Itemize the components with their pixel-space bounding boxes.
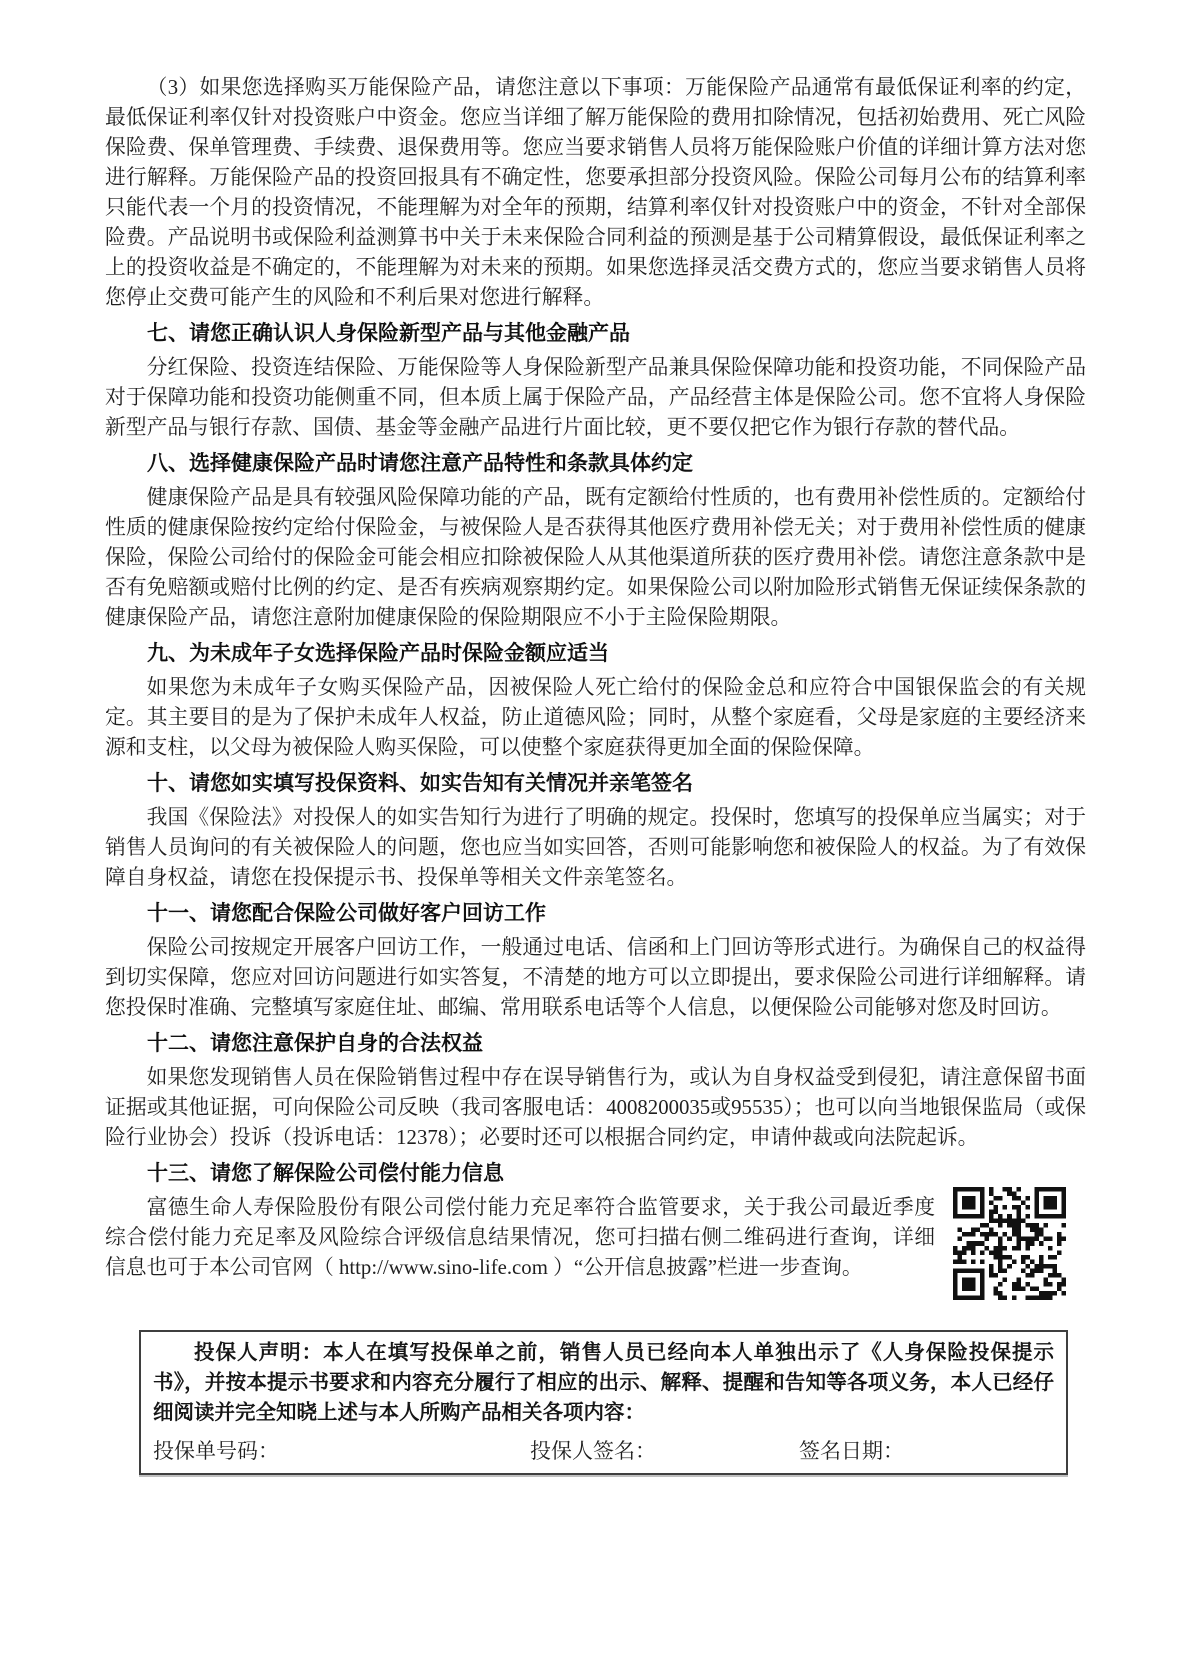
qr-code bbox=[953, 1187, 1066, 1300]
declaration-text: 投保人声明：本人在填写投保单之前，销售人员已经向本人单独出示了《人身保险投保提示… bbox=[153, 1338, 1054, 1428]
section-11-body: 保险公司按规定开展客户回访工作，一般通过电话、信函和上门回访等形式进行。为确保自… bbox=[105, 933, 1086, 1023]
section-9-body: 如果您为未成年子女购买保险产品，因被保险人死亡给付的保险金总和应符合中国银保监会… bbox=[105, 673, 1086, 763]
section-11-heading: 十一、请您配合保险公司做好客户回访工作 bbox=[105, 899, 1086, 929]
section-13-heading: 十三、请您了解保险公司偿付能力信息 bbox=[105, 1159, 1086, 1189]
section-12-body: 如果您发现销售人员在保险销售过程中存在误导销售行为，或认为自身权益受到侵犯，请注… bbox=[105, 1063, 1086, 1153]
solvency-section: 富德生命人寿保险股份有限公司偿付能力充足率符合监管要求，关于我公司最近季度综合偿… bbox=[105, 1193, 1086, 1306]
section-9-heading: 九、为未成年子女选择保险产品时保险金额应适当 bbox=[105, 639, 1086, 669]
section-7-body: 分红保险、投资连结保险、万能保险等人身保险新型产品兼具保险保障功能和投资功能，不… bbox=[105, 353, 1086, 443]
paragraph-universal-insurance-item3: （3）如果您选择购买万能保险产品，请您注意以下事项：万能保险产品通常有最低保证利… bbox=[105, 73, 1086, 313]
signature-date-label: 签名日期： bbox=[799, 1436, 1054, 1466]
policy-number-label: 投保单号码： bbox=[153, 1436, 530, 1466]
section-10-heading: 十、请您如实填写投保资料、如实告知有关情况并亲笔签名 bbox=[105, 769, 1086, 799]
section-10-body: 我国《保险法》对投保人的如实告知行为进行了明确的规定。投保时，您填写的投保单应当… bbox=[105, 803, 1086, 893]
section-12-heading: 十二、请您注意保护自身的合法权益 bbox=[105, 1029, 1086, 1059]
declaration-fields-row: 投保单号码： 投保人签名： 签名日期： bbox=[153, 1436, 1054, 1466]
applicant-signature-label: 投保人签名： bbox=[530, 1436, 799, 1466]
insurance-notice-page: （3）如果您选择购买万能保险产品，请您注意以下事项：万能保险产品通常有最低保证利… bbox=[0, 0, 1191, 1673]
section-13-body: 富德生命人寿保险股份有限公司偿付能力充足率符合监管要求，关于我公司最近季度综合偿… bbox=[105, 1193, 1086, 1283]
section-8-heading: 八、选择健康保险产品时请您注意产品特性和条款具体约定 bbox=[105, 449, 1086, 479]
declaration-box: 投保人声明：本人在填写投保单之前，销售人员已经向本人单独出示了《人身保险投保提示… bbox=[139, 1330, 1068, 1475]
section-8-body: 健康保险产品是具有较强风险保障功能的产品，既有定额给付性质的，也有费用补偿性质的… bbox=[105, 483, 1086, 633]
section-7-heading: 七、请您正确认识人身保险新型产品与其他金融产品 bbox=[105, 319, 1086, 349]
